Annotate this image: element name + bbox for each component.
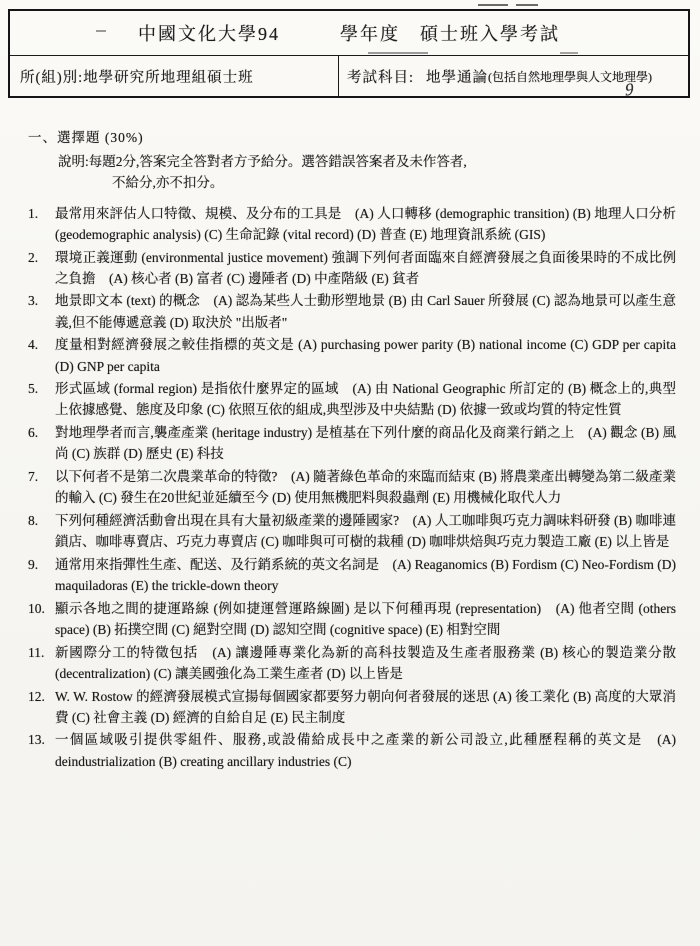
question-item: 3. 地景即文本 (text) 的概念 (A) 認為某些人士動形塑地景 (B) …	[28, 290, 676, 332]
question-text: 以下何者不是第二次農業革命的特徵? (A) 隨著綠色革命的來臨而結束 (B) 將…	[55, 466, 676, 508]
exam-header-box: 中國文化大學94 學年度 碩士班入學考試 所(組)別:地學研究所地理組碩士班 考…	[8, 9, 690, 98]
department-label: 所(組)別:地學研究所地理組碩士班	[10, 56, 339, 96]
question-item: 2. 環境正義運動 (environmental justice movemen…	[28, 247, 676, 289]
question-item: 4. 度量相對經濟發展之較佳指標的英文是 (A) purchasing powe…	[28, 334, 676, 376]
question-text: 顯示各地之間的捷運路線 (例如捷運營運路線圖) 是以下何種再現 (represe…	[55, 598, 676, 640]
exam-body: 一、選擇題 (30%) 說明:每題2分,答案完全答對者方予給分。選答錯誤答案者及…	[28, 127, 676, 773]
section-heading: 一、選擇題 (30%)	[28, 127, 676, 148]
question-item: 13. 一個區域吸引提供零組件、服務,或設備給成長中之產業的新公司設立,此種歷程…	[28, 729, 676, 771]
question-item: 11. 新國際分工的特徵包括 (A) 讓邊陲專業化為新的高科技製造及生產者服務業…	[28, 642, 676, 684]
question-text: 一個區域吸引提供零組件、服務,或設備給成長中之產業的新公司設立,此種歷程稱的英文…	[55, 729, 676, 771]
question-item: 9. 通常用來指彈性生產、配送、及行銷系統的英文名詞是 (A) Reaganom…	[28, 554, 676, 596]
instruction-line-2: 不給分,亦不扣分。	[112, 172, 676, 193]
question-text: 下列何種經濟活動會出現在具有大量初級產業的邊陲國家? (A) 人工咖啡與巧克力調…	[55, 510, 676, 552]
question-number: 12.	[28, 686, 55, 728]
question-item: 10. 顯示各地之間的捷運路線 (例如捷運營運路線圖) 是以下何種再現 (rep…	[28, 598, 676, 640]
question-list: 1. 最常用來評估人口特徵、規模、及分布的工具是 (A) 人口轉移 (demog…	[28, 203, 676, 772]
question-number: 11.	[28, 642, 55, 684]
exam-title: 中國文化大學94 學年度 碩士班入學考試	[10, 11, 688, 56]
subject-cell: 考試科目: 地學通論 (包括自然地理學與人文地理學)	[339, 56, 688, 96]
question-text: 形式區域 (formal region) 是指依什麼界定的區域 (A) 由 Na…	[55, 378, 676, 420]
question-item: 7. 以下何者不是第二次農業革命的特徵? (A) 隨著綠色革命的來臨而結束 (B…	[28, 466, 676, 508]
question-item: 12. W. W. Rostow 的經濟發展模式宣揚每個國家都要努力朝向何者發展…	[28, 686, 676, 728]
question-number: 10.	[28, 598, 55, 640]
question-number: 6.	[28, 422, 55, 464]
question-text: 地景即文本 (text) 的概念 (A) 認為某些人士動形塑地景 (B) 由 C…	[55, 290, 676, 332]
question-number: 13.	[28, 729, 55, 771]
question-number: 3.	[28, 290, 55, 332]
scan-artifact	[478, 4, 508, 6]
question-item: 5. 形式區域 (formal region) 是指依什麼界定的區域 (A) 由…	[28, 378, 676, 420]
question-number: 9.	[28, 554, 55, 596]
handwritten-page-number: 9	[625, 79, 634, 101]
question-item: 6. 對地理學者而言,襲產產業 (heritage industry) 是植基在…	[28, 422, 676, 464]
question-number: 1.	[28, 203, 55, 245]
question-text: 度量相對經濟發展之較佳指標的英文是 (A) purchasing power p…	[55, 334, 676, 376]
question-text: 通常用來指彈性生產、配送、及行銷系統的英文名詞是 (A) Reaganomics…	[55, 554, 676, 596]
subject-label: 考試科目:	[347, 66, 414, 87]
subject-value: 地學通論	[426, 66, 488, 87]
question-number: 8.	[28, 510, 55, 552]
instruction-line-1: 說明:每題2分,答案完全答對者方予給分。選答錯誤答案者及未作答者,	[58, 151, 676, 172]
scanned-exam-page: 中國文化大學94 學年度 碩士班入學考試 所(組)別:地學研究所地理組碩士班 考…	[0, 0, 700, 946]
question-text: 新國際分工的特徵包括 (A) 讓邊陲專業化為新的高科技製造及生產者服務業 (B)…	[55, 642, 676, 684]
question-number: 5.	[28, 378, 55, 420]
question-number: 7.	[28, 466, 55, 508]
question-item: 8. 下列何種經濟活動會出現在具有大量初級產業的邊陲國家? (A) 人工咖啡與巧…	[28, 510, 676, 552]
question-item: 1. 最常用來評估人口特徵、規模、及分布的工具是 (A) 人口轉移 (demog…	[28, 203, 676, 245]
question-number: 4.	[28, 334, 55, 376]
question-number: 2.	[28, 247, 55, 289]
exam-info-row: 所(組)別:地學研究所地理組碩士班 考試科目: 地學通論 (包括自然地理學與人文…	[10, 56, 688, 96]
scan-artifact	[516, 4, 538, 6]
question-text: 環境正義運動 (environmental justice movement) …	[55, 247, 676, 289]
question-text: 最常用來評估人口特徵、規模、及分布的工具是 (A) 人口轉移 (demograp…	[55, 203, 676, 245]
question-text: W. W. Rostow 的經濟發展模式宣揚每個國家都要努力朝向何者發展的迷思 …	[55, 686, 676, 728]
question-text: 對地理學者而言,襲產產業 (heritage industry) 是植基在下列什…	[55, 422, 676, 464]
